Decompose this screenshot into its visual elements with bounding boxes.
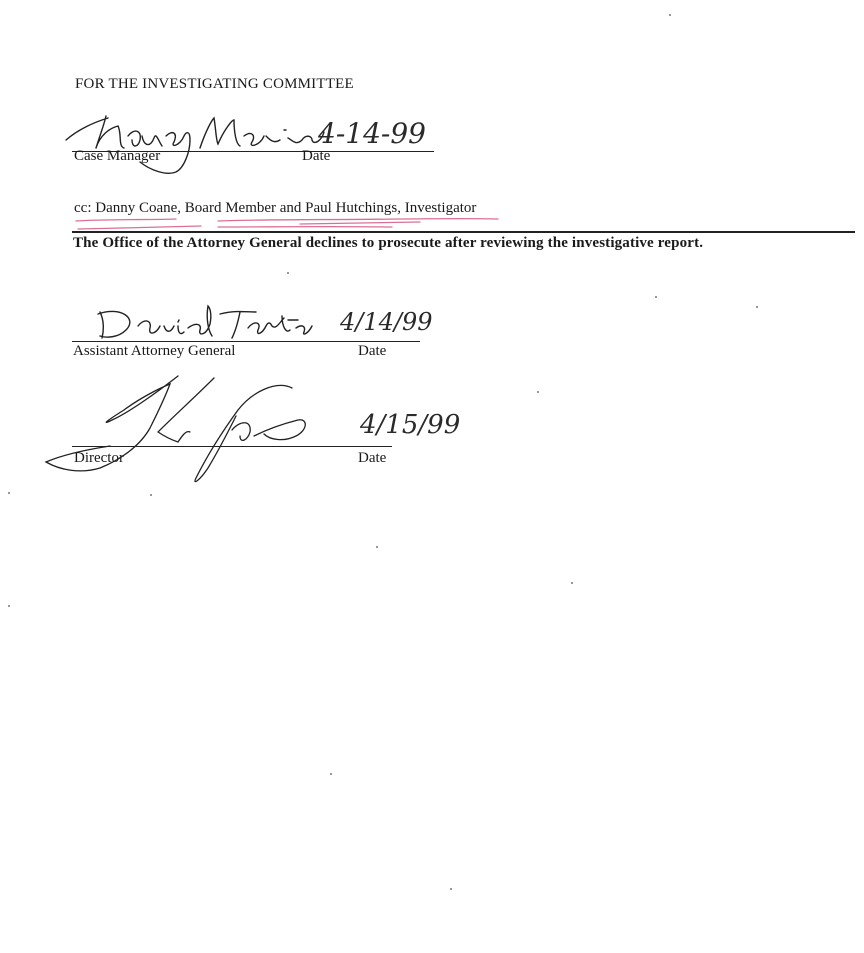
director-signature	[46, 376, 305, 482]
scan-speck	[330, 773, 332, 775]
scan-speck	[669, 14, 671, 16]
scan-speck	[756, 306, 758, 308]
scan-speck	[8, 605, 10, 607]
scan-speck	[571, 582, 573, 584]
scan-speck	[8, 492, 10, 494]
handwriting-overlay	[0, 0, 864, 953]
aag-signature	[98, 306, 312, 338]
scan-speck	[537, 391, 539, 393]
scan-speck	[450, 888, 452, 890]
highlight-marks	[76, 219, 498, 229]
scan-speck	[655, 296, 657, 298]
case-manager-signature	[66, 116, 324, 173]
scan-speck	[150, 494, 152, 496]
scan-speck	[376, 546, 378, 548]
scan-speck	[287, 272, 289, 274]
